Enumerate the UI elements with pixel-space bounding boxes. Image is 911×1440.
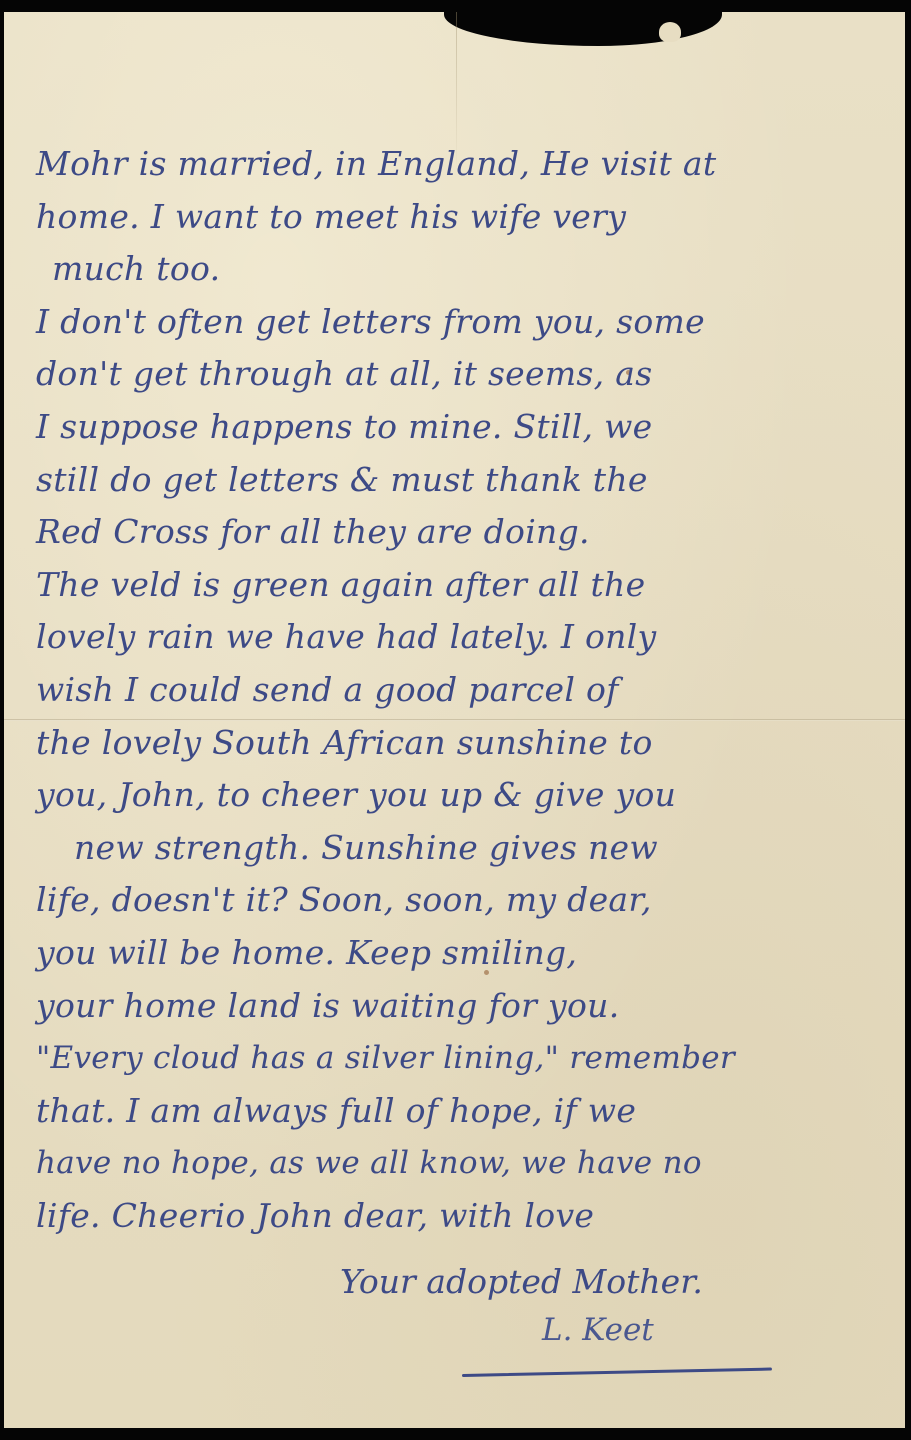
letter-line: home. I want to meet his wife very (36, 191, 886, 244)
letter-body: Mohr is married, in England, He visit at… (36, 138, 886, 1242)
letter-line: still do get letters & must thank the (36, 454, 886, 507)
letter-line: lovely rain we have had lately. I only (36, 611, 886, 664)
letter-closing: Your adopted Mother. (340, 1262, 703, 1301)
letter-line: wish I could send a good parcel of (36, 664, 886, 717)
letter-line: Mohr is married, in England, He visit at (36, 138, 886, 191)
letter-line: that. I am always full of hope, if we (36, 1085, 886, 1138)
letter-line: The veld is green again after all the (36, 559, 886, 612)
letter-line: Red Cross for all they are doing. (36, 506, 886, 559)
torn-edge-fragment (659, 22, 681, 42)
letter-line: life, doesn't it? Soon, soon, my dear, (36, 874, 886, 927)
letter-line: have no hope, as we all know, we have no (36, 1137, 886, 1190)
letter-line: "Every cloud has a silver lining," remem… (36, 1032, 886, 1085)
letter-line: life. Cheerio John dear, with love (36, 1190, 886, 1243)
signature: L. Keet (542, 1312, 654, 1348)
letter-line: you will be home. Keep smiling, (36, 927, 886, 980)
letter-line: much too. (36, 243, 886, 296)
letter-line: your home land is waiting for you. (36, 980, 886, 1033)
letter-line: I suppose happens to mine. Still, we (36, 401, 886, 454)
letter-line: I don't often get letters from you, some (36, 296, 886, 349)
letter-line: new strength. Sunshine gives new (36, 822, 886, 875)
letter-line: you, John, to cheer you up & give you (36, 769, 886, 822)
letter-line: don't get through at all, it seems, as (36, 348, 886, 401)
letter-line: the lovely South African sunshine to (36, 717, 886, 770)
